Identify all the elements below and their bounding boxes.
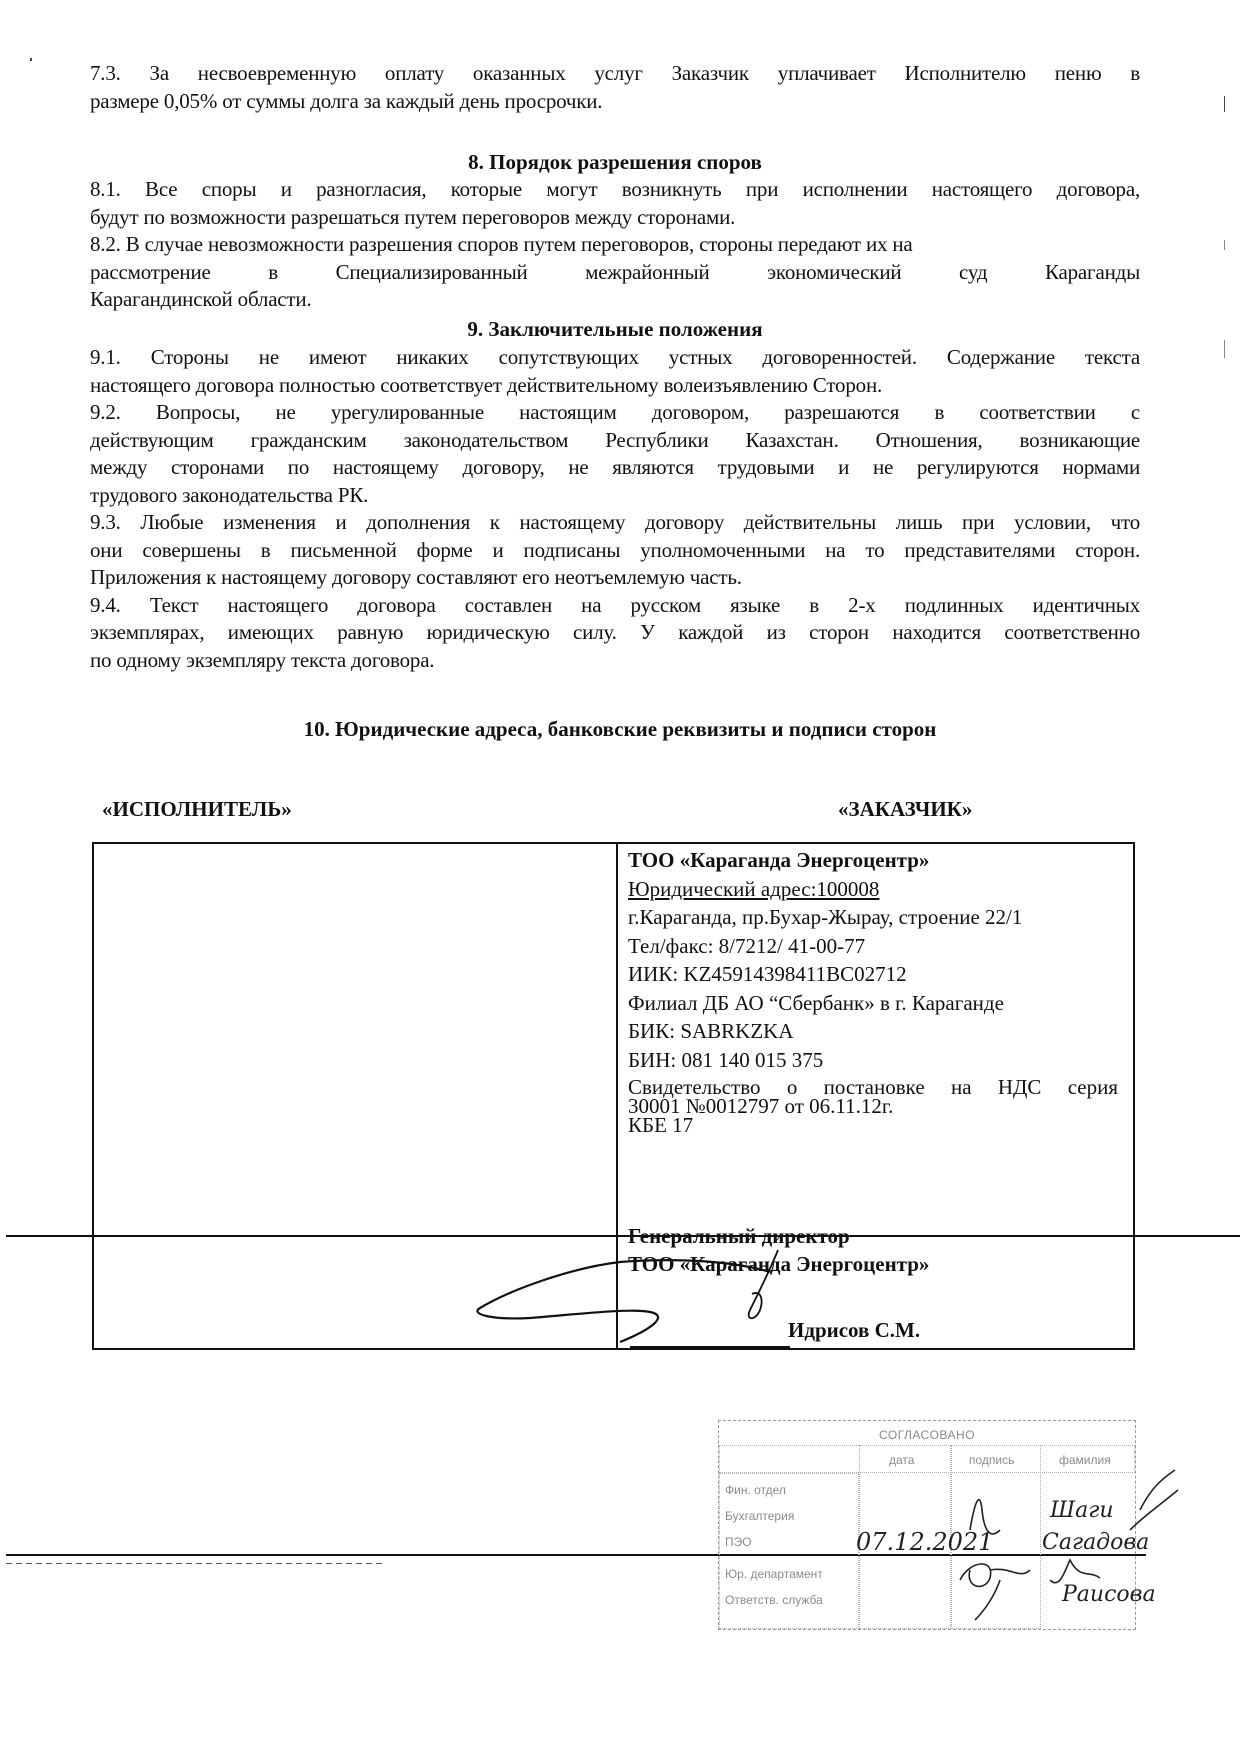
signatory-title: Генеральный директор bbox=[628, 1222, 929, 1250]
text-line: 7.3. За несвоевременную оплату оказанных… bbox=[90, 60, 1140, 88]
stamp-col-surname: фамилия bbox=[1059, 1453, 1111, 1467]
stamp-row-responsible: Ответств. служба bbox=[725, 1593, 823, 1607]
text-line: Приложения к настоящему договору составл… bbox=[90, 564, 1140, 592]
text-line: будут по возможности разрешаться путем п… bbox=[90, 204, 1140, 232]
horizontal-rule bbox=[6, 1235, 1240, 1237]
scan-artifact bbox=[1224, 240, 1225, 250]
customer-bik: БИК: SABRKZKA bbox=[628, 1017, 1128, 1046]
customer-kbe: КБЕ 17 bbox=[628, 1116, 1118, 1135]
handwritten-signature-icon bbox=[470, 1250, 790, 1350]
scan-artifact bbox=[1224, 96, 1225, 112]
text-line: 8.1. Все споры и разногласия, которые мо… bbox=[90, 176, 1140, 204]
customer-phone: Тел/факс: 8/7212/ 41-00-77 bbox=[628, 932, 1128, 961]
signatory-name: Идрисов С.М. bbox=[788, 1318, 920, 1343]
stamp-row-accounting: Бухгалтерия bbox=[725, 1509, 794, 1523]
text-line: Карагандинской области. bbox=[90, 286, 1140, 314]
stamp-row-legal: Юр. департамент bbox=[725, 1567, 823, 1581]
stamp-col-signature: подпись bbox=[969, 1453, 1014, 1467]
section-8-body: 8.1. Все споры и разногласия, которые мо… bbox=[90, 176, 1140, 314]
text-line: размере 0,05% от суммы долга за каждый д… bbox=[90, 88, 1140, 116]
vat-certificate: Свидетельство о постановке на НДС серия … bbox=[628, 1078, 1118, 1135]
text-line: между сторонами по настоящему договору, … bbox=[90, 454, 1140, 482]
stamp-signatures-icon bbox=[950, 1470, 1180, 1620]
executor-label: «ИСПОЛНИТЕЛЬ» bbox=[102, 797, 292, 822]
stamp-row-peo: ПЭО bbox=[725, 1535, 752, 1549]
customer-name: ТОО «Караганда Энергоцентр» bbox=[628, 846, 1128, 875]
section-8-title: 8. Порядок разрешения споров bbox=[90, 149, 1140, 176]
customer-label: «ЗАКАЗЧИК» bbox=[838, 797, 972, 822]
stamp-title: СОГЛАСОВАНО bbox=[879, 1428, 975, 1442]
contract-page: 7.3. За несвоевременную оплату оказанных… bbox=[0, 0, 1240, 1754]
text-line: настоящего договора полностью соответств… bbox=[90, 372, 1140, 400]
stamp-row-finance: Фин. отдел bbox=[725, 1483, 786, 1497]
text-line: действующим гражданским законодательство… bbox=[90, 427, 1140, 455]
stamp-col-date: дата bbox=[889, 1453, 914, 1467]
text-line: рассмотрение в Специализированный межрай… bbox=[90, 259, 1140, 287]
text-line: 9.4. Текст настоящего договора составлен… bbox=[90, 592, 1140, 620]
section-9-title: 9. Заключительные положения bbox=[90, 316, 1140, 343]
text-line: 9.3. Любые изменения и дополнения к наст… bbox=[90, 509, 1140, 537]
text-line: по одному экземпляру текста договора. bbox=[90, 647, 1140, 675]
text-line: экземплярах, имеющих равную юридическую … bbox=[90, 619, 1140, 647]
text-line: 9.1. Стороны не имеют никаких сопутствую… bbox=[90, 344, 1140, 372]
customer-address: г.Караганда, пр.Бухар-Жырау, строение 22… bbox=[628, 903, 1128, 932]
clause-7-3: 7.3. За несвоевременную оплату оказанных… bbox=[90, 60, 1140, 115]
vat-line-2: 30001 №0012797 от 06.11.12г. bbox=[628, 1097, 1118, 1116]
text-line: 9.2. Вопросы, не урегулированные настоящ… bbox=[90, 399, 1140, 427]
scan-artifact bbox=[1224, 340, 1225, 358]
text-line: трудового законодательства РК. bbox=[90, 482, 1140, 510]
customer-bank: Филиал ДБ АО “Сбербанк» в г. Караганде bbox=[628, 989, 1128, 1018]
legal-address-label: Юридический адрес:100008 bbox=[628, 875, 1128, 904]
section-9-body: 9.1. Стороны не имеют никаких сопутствую… bbox=[90, 344, 1140, 674]
text-line: 8.2. В случае невозможности разрешения с… bbox=[90, 231, 1140, 259]
section-10-title: 10. Юридические адреса, банковские рекви… bbox=[0, 716, 1240, 743]
customer-bin: БИН: 081 140 015 375 bbox=[628, 1046, 1128, 1075]
scan-artifact bbox=[30, 58, 32, 61]
customer-requisites: ТОО «Караганда Энергоцентр» Юридический … bbox=[628, 846, 1128, 1135]
text-line: они совершены в письменной форме и подпи… bbox=[90, 537, 1140, 565]
dotted-rule bbox=[6, 1563, 386, 1564]
customer-iik: ИИК: KZ45914398411BC02712 bbox=[628, 960, 1128, 989]
